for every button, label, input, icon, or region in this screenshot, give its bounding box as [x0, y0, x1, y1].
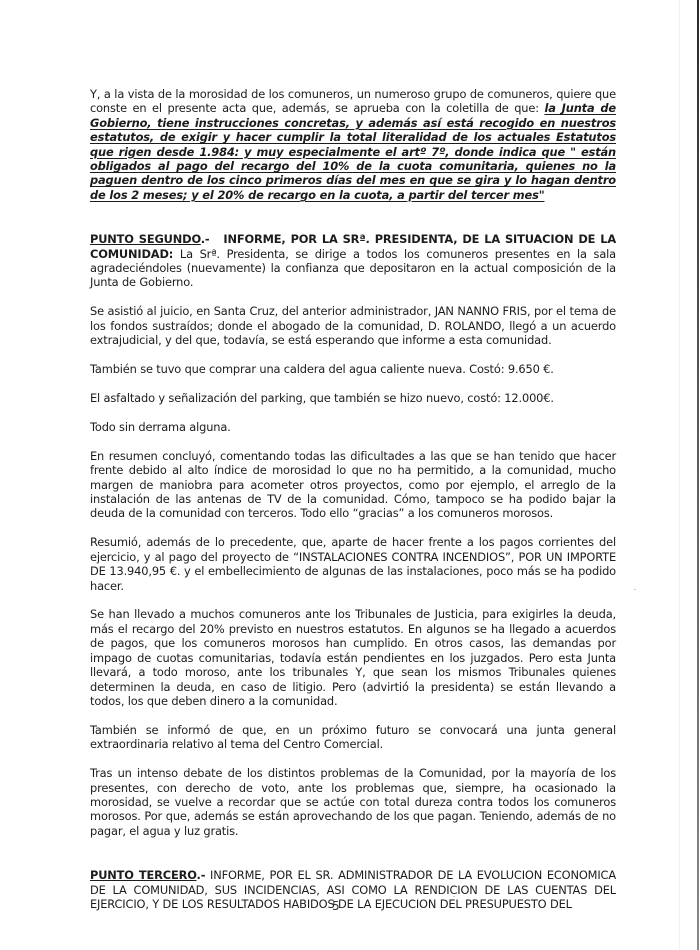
paragraph-derrama: Todo sin derrama alguna.: [90, 420, 616, 434]
paragraph-tribunales: Se han llevado a muchos comuneros ante l…: [90, 607, 616, 708]
scan-speck: [384, 400, 386, 401]
section-punto-tercero: PUNTO TERCERO.- INFORME, POR EL SR. ADMI…: [90, 868, 616, 911]
scanned-page: Y, a la vista de la morosidad de los com…: [0, 0, 700, 950]
section-separator: .-: [197, 868, 206, 882]
section-separator: .-: [201, 232, 210, 246]
paragraph-intro-text: Y, a la vista de la morosidad de los com…: [90, 87, 616, 115]
document-body: Y, a la vista de la morosidad de los com…: [90, 87, 616, 911]
paragraph-junta-extraordinaria: También se informó de que, en un próximo…: [90, 723, 616, 752]
section-punto-segundo: PUNTO SEGUNDO.- INFORME, POR LA SRª. PRE…: [90, 232, 616, 290]
scan-speck: [453, 896, 455, 897]
paragraph-morosidad: Y, a la vista de la morosidad de los com…: [90, 87, 616, 202]
paragraph-resumio: Resumió, además de lo precedente, que, a…: [90, 535, 616, 593]
paragraph-caldera: También se tuvo que comprar una caldera …: [90, 362, 616, 376]
section-label-punto-segundo: PUNTO SEGUNDO: [90, 232, 201, 246]
paragraph-juicio: Se asistió al juicio, en Santa Cruz, del…: [90, 304, 616, 347]
scan-edge-line: [697, 0, 699, 950]
paragraph-resumen: En resumen concluyó, comentando todas la…: [90, 449, 616, 521]
paragraph-debate: Tras un intenso debate de los distintos …: [90, 766, 616, 838]
scan-edge-faint: [679, 0, 680, 950]
emphasized-statutes-clause: la Junta de Gobierno, tiene instruccione…: [90, 101, 616, 201]
page-number: 5: [332, 899, 340, 913]
section-label-punto-tercero: PUNTO TERCERO: [90, 868, 197, 882]
paragraph-parking: El asfaltado y señalización del parking,…: [90, 391, 616, 405]
scan-speck: [634, 589, 636, 590]
